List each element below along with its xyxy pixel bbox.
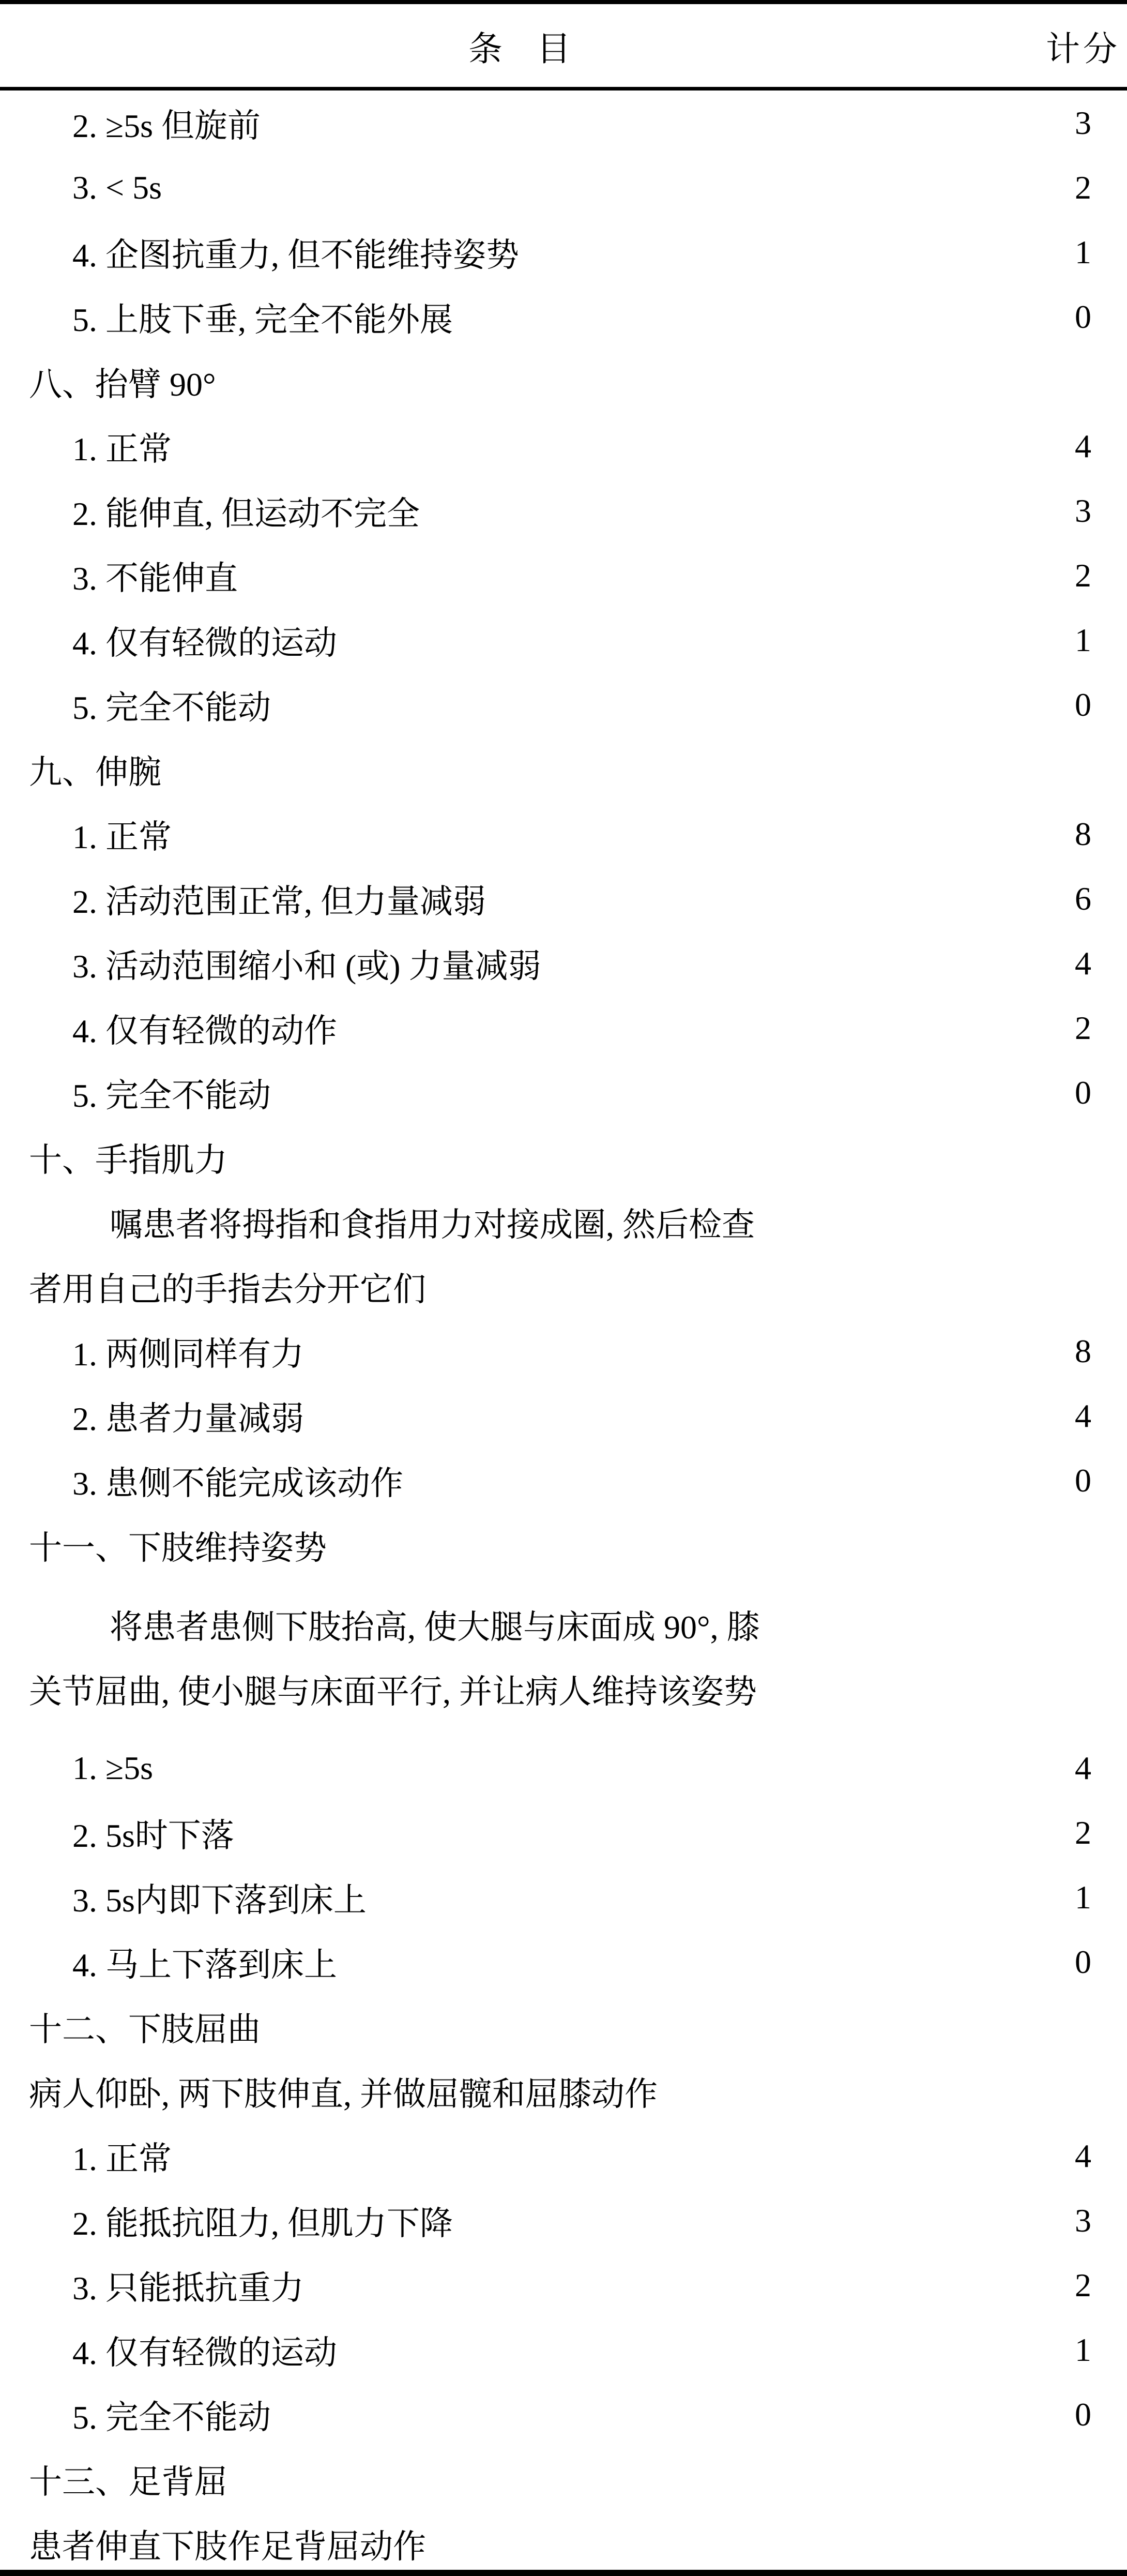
item-text: 1. 正常 <box>0 810 1039 858</box>
item-score: 0 <box>1039 1074 1127 1112</box>
item-score: 2 <box>1039 556 1127 595</box>
section-title: 十二、下肢屈曲 <box>0 2003 1127 2051</box>
table-row-item: 1. 正常8 <box>0 802 1127 866</box>
table-row-item: 2. 患者力量减弱4 <box>0 1383 1127 1448</box>
section-title: 十一、下肢维持姿势 <box>0 1522 1127 1569</box>
section-title: 十三、足背屈 <box>0 2456 1127 2503</box>
item-score: 1 <box>1039 2331 1127 2369</box>
table-body: 2. ≥5s 但旋前33. < 5s24. 企图抗重力, 但不能维持姿势15. … <box>0 91 1127 2576</box>
table-row-item: 5. 完全不能动0 <box>0 2382 1127 2447</box>
item-score: 2 <box>1039 1009 1127 1047</box>
item-text: 4. 企图抗重力, 但不能维持姿势 <box>0 229 1039 276</box>
score-table-page: 条 目 计分 2. ≥5s 但旋前33. < 5s24. 企图抗重力, 但不能维… <box>0 0 1127 2576</box>
item-text: 1. 正常 <box>0 423 1039 470</box>
item-score: 0 <box>1039 1943 1127 1981</box>
table-row-item: 3. 活动范围缩小和 (或) 力量减弱4 <box>0 931 1127 996</box>
item-score: 2 <box>1039 2266 1127 2304</box>
item-text: 3. < 5s <box>0 169 1039 207</box>
item-score: 0 <box>1039 686 1127 724</box>
section-title: 九、伸腕 <box>0 746 1127 793</box>
item-text: 3. 患侧不能完成该动作 <box>0 1457 1039 1504</box>
section-title: 八、抬臂 90° <box>0 358 1127 405</box>
item-text: 3. 只能抵抗重力 <box>0 2262 1039 2309</box>
item-text: 5. 上肢下垂, 完全不能外展 <box>0 293 1039 341</box>
item-text: 5. 完全不能动 <box>0 681 1039 729</box>
table-row-section: 十一、下肢维持姿势 <box>0 1513 1127 1577</box>
item-text: 将患者患侧下肢抬高, 使大腿与床面成 90°, 膝 <box>0 1601 1127 1648</box>
item-text: 嘱患者将拇指和食指用力对接成圈, 然后检查 <box>0 1198 1127 1246</box>
table-row-item: 3. 不能伸直2 <box>0 543 1127 608</box>
item-text: 2. 活动范围正常, 但力量减弱 <box>0 875 1039 923</box>
item-score: 8 <box>1039 1332 1127 1370</box>
item-score: 0 <box>1039 1462 1127 1500</box>
table-row-item: 4. 马上下落到床上0 <box>0 1930 1127 1994</box>
table-row-item: 2. 活动范围正常, 但力量减弱6 <box>0 866 1127 931</box>
item-text: 3. 活动范围缩小和 (或) 力量减弱 <box>0 940 1039 987</box>
column-header-score: 计分 <box>1039 21 1127 70</box>
table-row-item: 4. 仅有轻微的运动1 <box>0 2317 1127 2382</box>
item-text: 关节屈曲, 使小腿与床面平行, 并让病人维持该姿势 <box>0 1665 1127 1713</box>
table-bottom-rule <box>0 2570 1127 2576</box>
table-row-item: 2. 能伸直, 但运动不完全3 <box>0 478 1127 543</box>
table-row-item: 1. 正常4 <box>0 414 1127 478</box>
table-row-item: 1. ≥5s4 <box>0 1736 1127 1800</box>
header-divider-rule <box>0 87 1127 91</box>
table-row-paragraph: 患者伸直下肢作足背屈动作 <box>0 2511 1127 2576</box>
item-text: 4. 仅有轻微的动作 <box>0 1004 1039 1052</box>
table-row-item: 4. 仅有轻微的运动1 <box>0 608 1127 672</box>
item-text: 2. 患者力量减弱 <box>0 1392 1039 1440</box>
table-top-rule <box>0 0 1127 4</box>
table-row-item: 4. 仅有轻微的动作2 <box>0 996 1127 1060</box>
column-header-items: 条 目 <box>0 21 1039 70</box>
item-score: 8 <box>1039 815 1127 853</box>
item-text: 5. 完全不能动 <box>0 1069 1039 1117</box>
table-row-item: 3. 5s内即下落到床上1 <box>0 1865 1127 1930</box>
table-row-item: 1. 正常4 <box>0 2123 1127 2188</box>
table-row-item: 2. 5s时下落2 <box>0 1800 1127 1865</box>
item-text: 4. 马上下落到床上 <box>0 1938 1039 1986</box>
table-row-section: 八、抬臂 90° <box>0 349 1127 414</box>
table-row-item: 4. 企图抗重力, 但不能维持姿势1 <box>0 220 1127 284</box>
table-row-item: 2. 能抵抗阻力, 但肌力下降3 <box>0 2188 1127 2253</box>
table-row-item: 1. 两侧同样有力8 <box>0 1319 1127 1383</box>
item-score: 4 <box>1039 1749 1127 1787</box>
item-text: 5. 完全不能动 <box>0 2391 1039 2438</box>
item-text: 3. 5s内即下落到床上 <box>0 1874 1039 1921</box>
table-header-row: 条 目 计分 <box>0 4 1127 87</box>
item-text: 病人仰卧, 两下肢伸直, 并做屈髋和屈膝动作 <box>0 2068 1127 2115</box>
table-row-section: 十、手指肌力 <box>0 1125 1127 1189</box>
item-score: 1 <box>1039 1878 1127 1917</box>
table-row-paragraph: 关节屈曲, 使小腿与床面平行, 并让病人维持该姿势 <box>0 1656 1127 1721</box>
item-score: 4 <box>1039 2137 1127 2175</box>
item-score: 3 <box>1039 2202 1127 2240</box>
item-score: 4 <box>1039 1397 1127 1435</box>
item-text: 3. 不能伸直 <box>0 552 1039 599</box>
item-score: 1 <box>1039 621 1127 659</box>
item-score: 1 <box>1039 233 1127 272</box>
item-text: 1. 正常 <box>0 2132 1039 2180</box>
item-text: 2. ≥5s 但旋前 <box>0 99 1039 147</box>
item-text: 4. 仅有轻微的运动 <box>0 2326 1039 2374</box>
item-score: 4 <box>1039 427 1127 465</box>
table-row-paragraph: 嘱患者将拇指和食指用力对接成圈, 然后检查 <box>0 1189 1127 1254</box>
table-row-section: 九、伸腕 <box>0 737 1127 802</box>
table-row-paragraph: 将患者患侧下肢抬高, 使大腿与床面成 90°, 膝 <box>0 1592 1127 1656</box>
item-score: 6 <box>1039 880 1127 918</box>
item-text: 1. 两侧同样有力 <box>0 1328 1039 1375</box>
item-score: 0 <box>1039 298 1127 336</box>
item-score: 0 <box>1039 2396 1127 2434</box>
item-score: 3 <box>1039 492 1127 530</box>
table-row-item: 2. ≥5s 但旋前3 <box>0 91 1127 155</box>
table-row-item: 5. 完全不能动0 <box>0 1060 1127 1125</box>
item-score: 2 <box>1039 169 1127 207</box>
item-score: 2 <box>1039 1814 1127 1852</box>
item-score: 3 <box>1039 104 1127 142</box>
item-text: 1. ≥5s <box>0 1749 1039 1787</box>
table-row-item: 3. < 5s2 <box>0 155 1127 220</box>
table-row-item: 5. 上肢下垂, 完全不能外展0 <box>0 284 1127 349</box>
item-text: 2. 能伸直, 但运动不完全 <box>0 487 1039 535</box>
item-text: 2. 能抵抗阻力, 但肌力下降 <box>0 2197 1039 2244</box>
item-text: 2. 5s时下落 <box>0 1809 1039 1857</box>
table-row-item: 3. 患侧不能完成该动作0 <box>0 1448 1127 1513</box>
table-row-section: 十三、足背屈 <box>0 2447 1127 2511</box>
item-score: 4 <box>1039 944 1127 983</box>
item-text: 患者伸直下肢作足背屈动作 <box>0 2520 1127 2568</box>
section-title: 十、手指肌力 <box>0 1134 1127 1181</box>
item-text: 4. 仅有轻微的运动 <box>0 616 1039 664</box>
item-text: 者用自己的手指去分开它们 <box>0 1263 1127 1310</box>
table-row-item: 5. 完全不能动0 <box>0 672 1127 737</box>
table-row-paragraph: 者用自己的手指去分开它们 <box>0 1254 1127 1319</box>
table-row-section: 十二、下肢屈曲 <box>0 1994 1127 2059</box>
table-row-item: 3. 只能抵抗重力2 <box>0 2253 1127 2317</box>
table-row-paragraph: 病人仰卧, 两下肢伸直, 并做屈髋和屈膝动作 <box>0 2059 1127 2123</box>
